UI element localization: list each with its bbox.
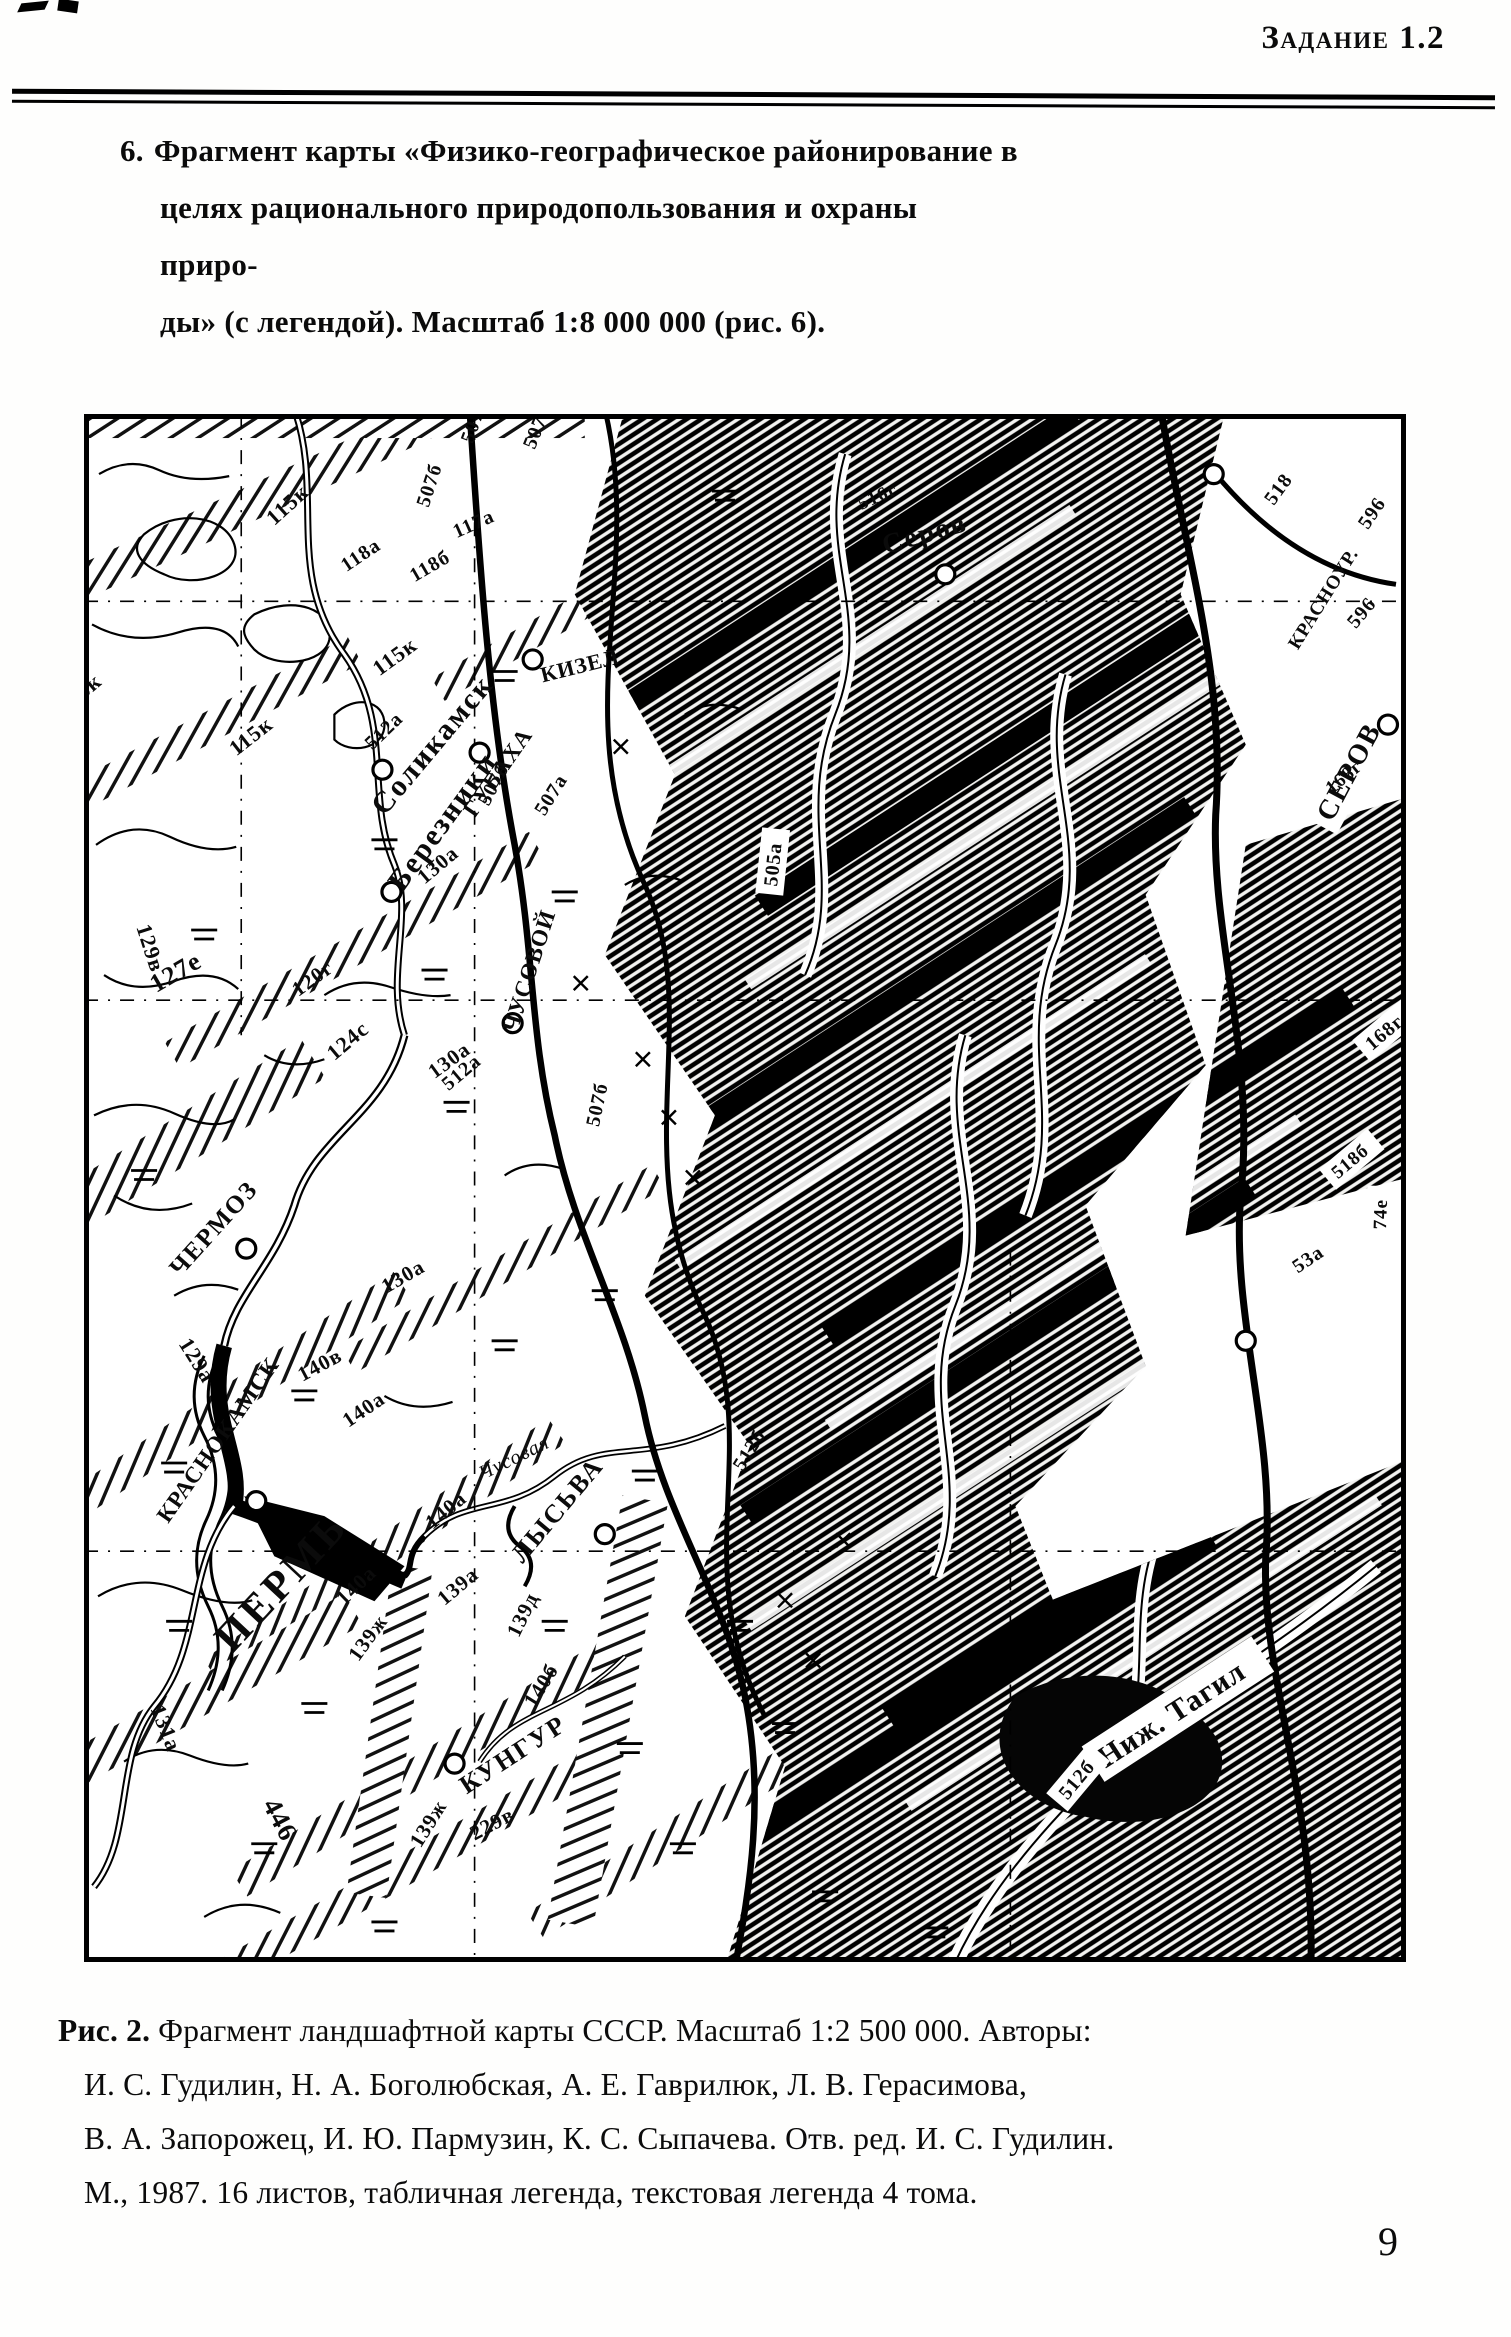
task-line: 6.Фрагмент карты «Физико-географическое … xyxy=(120,122,1020,179)
task-line: целях рационального природопользования и… xyxy=(160,179,1020,293)
caption-text: Фрагмент ландшафтной карты СССР. Масштаб… xyxy=(158,2013,1092,2048)
map-figure: СоликамскБерезникиЧЕРМОЗКРАСНОКАМСКПЕРМЬ… xyxy=(84,414,1406,1962)
city-marker xyxy=(595,1525,614,1544)
map-label: 505а xyxy=(760,841,786,887)
city-marker xyxy=(247,1492,266,1511)
city-marker xyxy=(237,1239,256,1258)
caption-line: И. С. Гудилин, Н. А. Боголюбская, А. Е. … xyxy=(84,2058,1468,2112)
city-marker xyxy=(936,565,955,584)
figure-caption: Рис. 2.Фрагмент ландшафтной карты СССР. … xyxy=(58,2004,1468,2220)
scan-artifact xyxy=(20,0,90,16)
caption-lead: Рис. 2. xyxy=(58,2013,150,2048)
task-number: 6. xyxy=(120,133,144,168)
task-text: Фрагмент карты «Физико-географическое ра… xyxy=(154,133,1018,168)
book-page: Задание 1.2 6.Фрагмент карты «Физико-гео… xyxy=(0,0,1511,2337)
landscape-map-image: СоликамскБерезникиЧЕРМОЗКРАСНОКАМСКПЕРМЬ… xyxy=(84,414,1406,1962)
task-item-6: 6.Фрагмент карты «Физико-географическое … xyxy=(120,122,1020,350)
map-label: 74е xyxy=(1370,1199,1392,1230)
task-line: ды» (с легендой). Масштаб 1:8 000 000 (р… xyxy=(160,293,1020,350)
city-marker xyxy=(1204,465,1223,484)
city-marker xyxy=(1236,1331,1255,1350)
page-header-task-label: Задание 1.2 xyxy=(1261,20,1445,57)
header-rule xyxy=(12,89,1495,109)
caption-line: М., 1987. 16 листов, табличная легенда, … xyxy=(84,2166,1468,2220)
caption-line: Рис. 2.Фрагмент ландшафтной карты СССР. … xyxy=(58,2004,1468,2058)
caption-line: В. А. Запорожец, И. Ю. Пармузин, К. С. С… xyxy=(84,2112,1468,2166)
page-number: 9 xyxy=(1378,2218,1398,2265)
